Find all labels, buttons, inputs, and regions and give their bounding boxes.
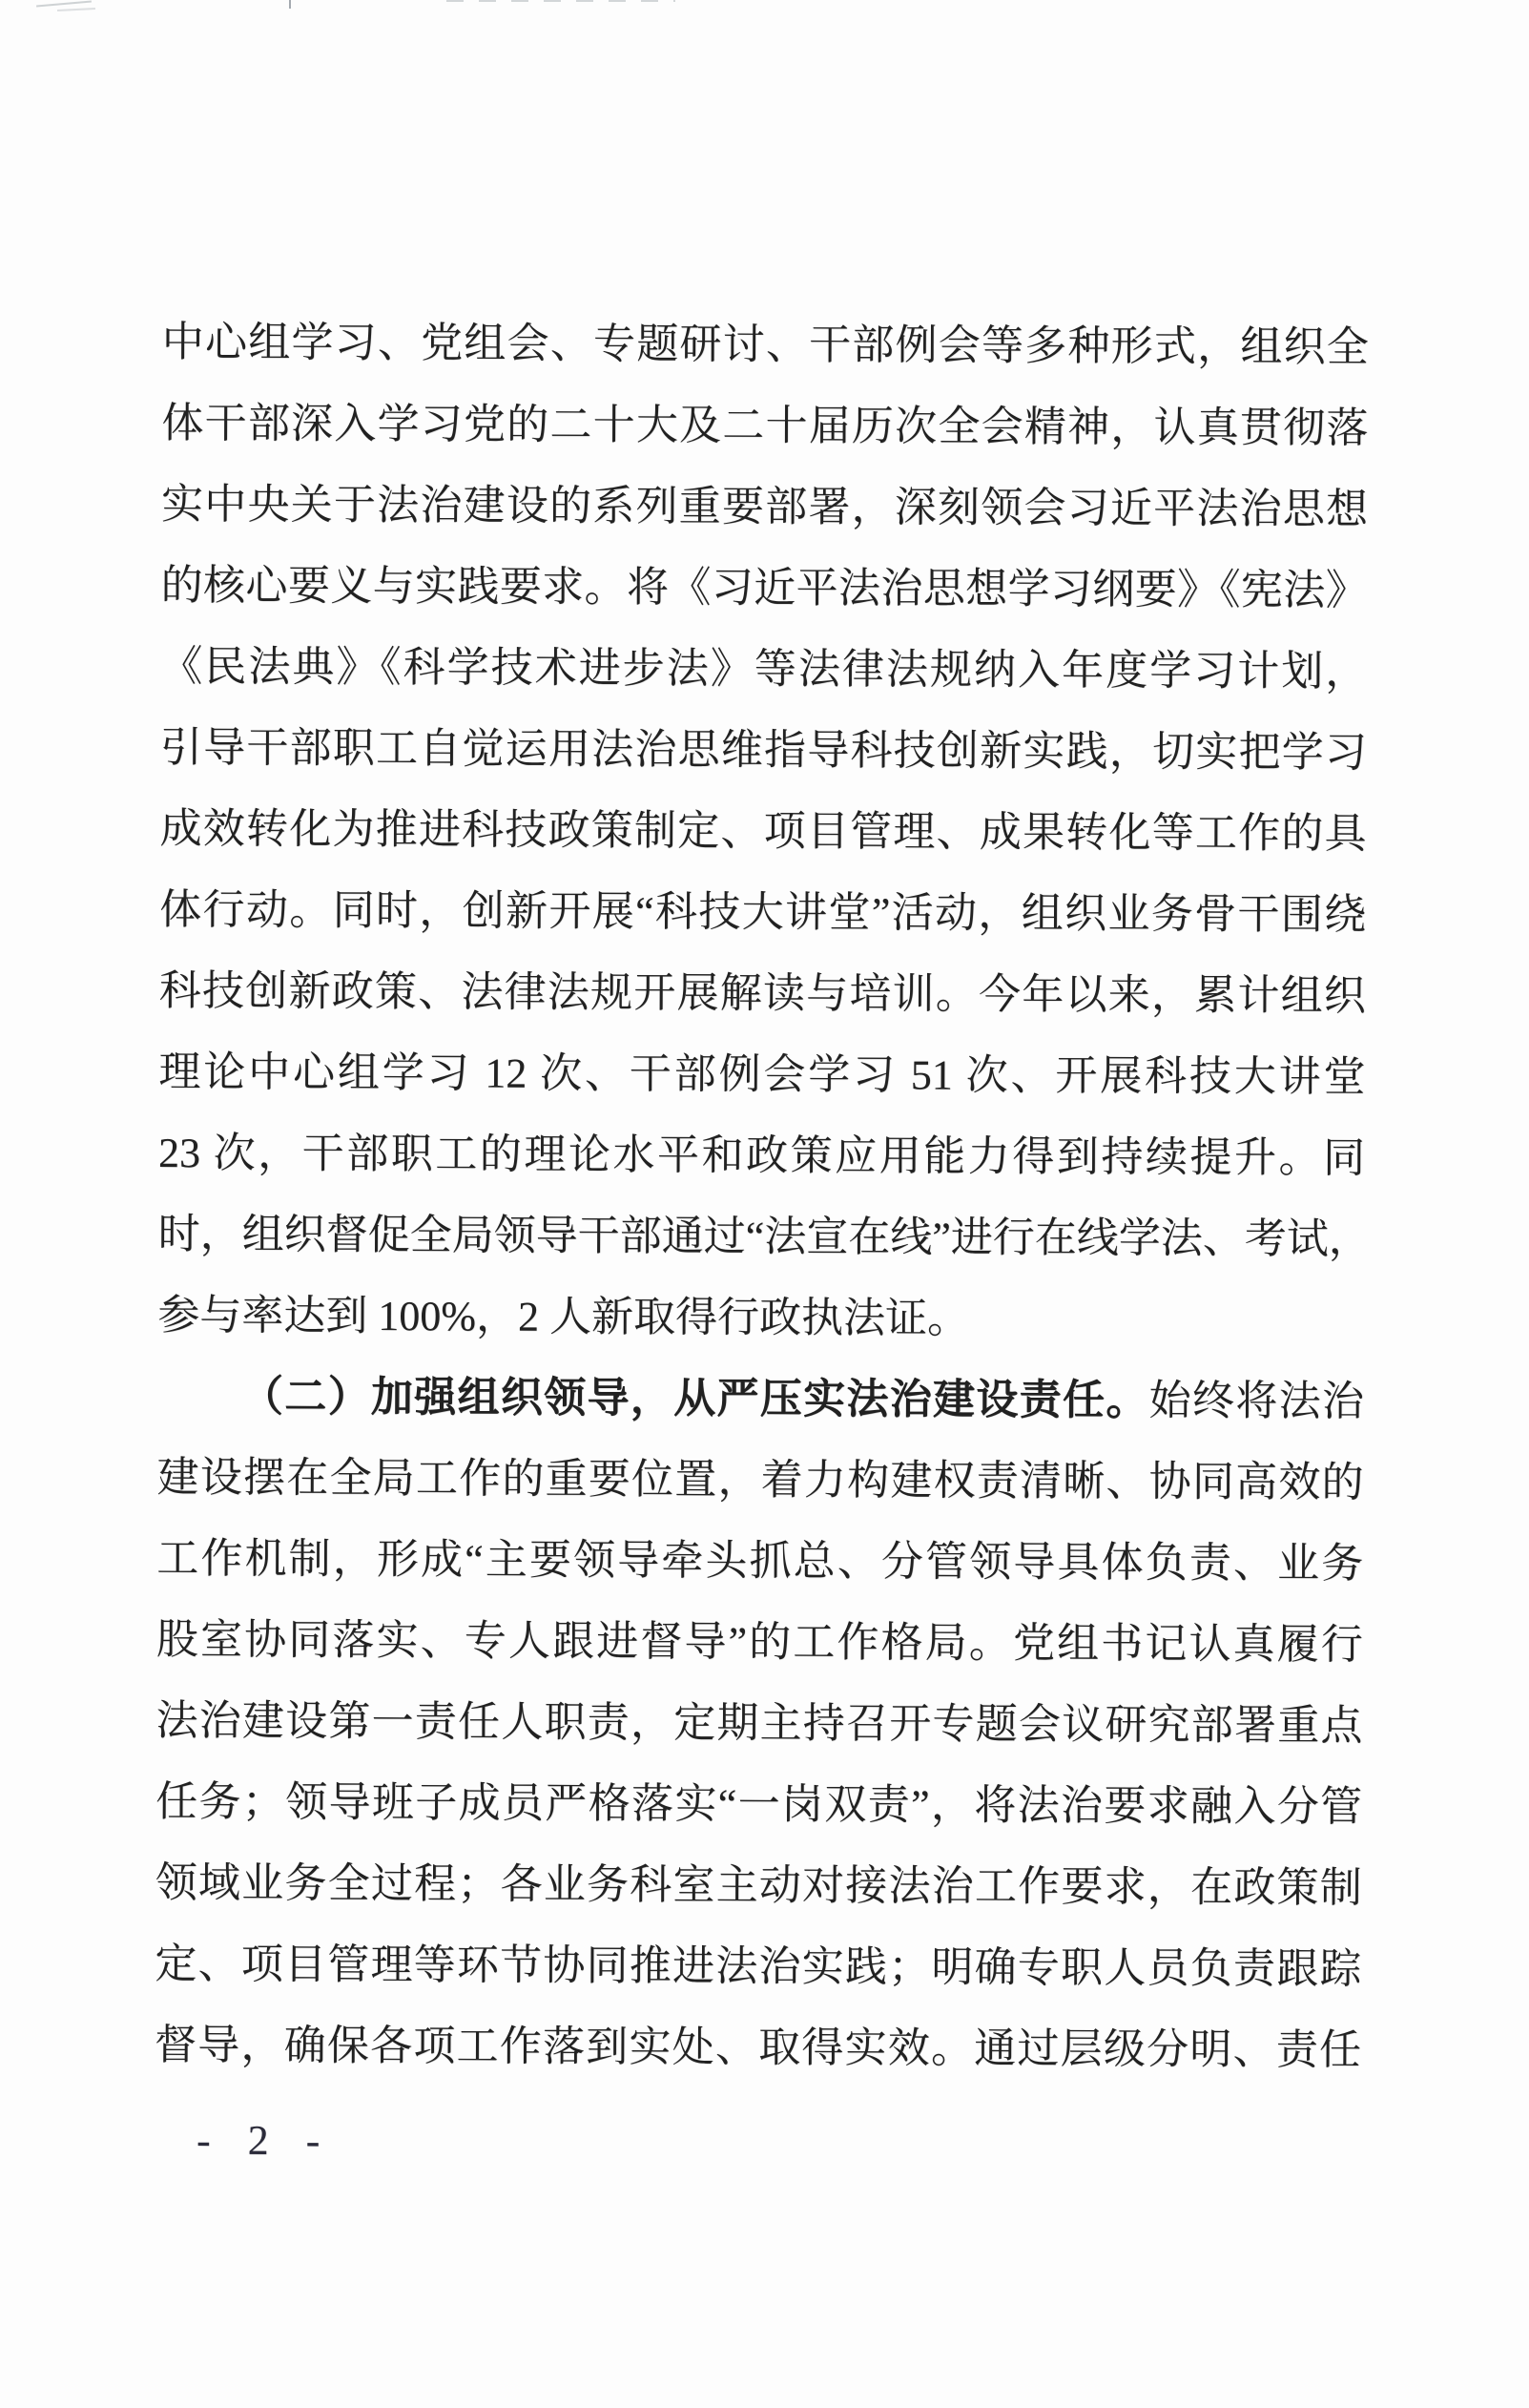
text-line: 成效转化为推进科技政策制定、项目管理、成果转化等工作的具 xyxy=(159,788,1366,875)
line-text: 理论中心组学习 12 次、干部例会学习 51 次、开展科技大讲堂 xyxy=(158,1048,1365,1101)
text-line: 《民法典》《科学技术进步法》等法律法规纳入年度学习计划， xyxy=(160,626,1367,713)
text-line: 科技创新政策、法律法规开展解读与培训。今年以来，累计组织 xyxy=(159,950,1366,1037)
scan-artifact xyxy=(289,0,291,9)
line-text: 法治建设第一责任人职责，定期主持召开专题会议研究部署重点 xyxy=(155,1697,1362,1750)
line-text: 体行动。同时，创新开展“科技大讲堂”活动，组织业务骨干围绕 xyxy=(159,886,1366,939)
line-text: 科技创新政策、法律法规开展解读与培训。今年以来，累计组织 xyxy=(159,967,1366,1020)
text-line: 建设摆在全局工作的重要位置，着力构建权责清晰、协同高效的 xyxy=(156,1437,1363,1524)
line-text: 23 次，干部职工的理论水平和政策应用能力得到持续提升。同 xyxy=(158,1130,1365,1182)
line-text: 参与率达到 100%，2 人新取得行政执法证。 xyxy=(157,1292,969,1342)
line-text: 建设摆在全局工作的重要位置，着力构建权责清晰、协同高效的 xyxy=(157,1454,1364,1506)
line-text: 工作机制，形成“主要领导牵头抓总、分管领导具体负责、业务 xyxy=(156,1535,1363,1588)
text-line: 时，组织督促全局领导干部通过“法宣在线”进行在线学法、考试， xyxy=(158,1194,1365,1280)
section-heading: （二）加强组织领导，从严压实法治建设责任。 xyxy=(241,1373,1149,1423)
line-text: 始终将法治 xyxy=(1149,1378,1364,1425)
text-line: 工作机制，形成“主要领导牵头抓总、分管领导具体负责、业务 xyxy=(156,1518,1363,1605)
line-text: 督导，确保各项工作落到实处、取得实效。通过层级分明、责任 xyxy=(155,2022,1361,2074)
scan-artifact xyxy=(36,0,92,7)
text-line: 任务；领导班子成员严格落实“一岗双责”，将法治要求融入分管 xyxy=(155,1761,1362,1848)
line-text: 定、项目管理等环节协同推进法治实践；明确专职人员负责跟踪 xyxy=(155,1941,1361,1993)
line-text: 的核心要义与实践要求。将《习近平法治思想学习纲要》《宪法》 xyxy=(161,562,1368,614)
text-line: 股室协同落实、专人跟进督导”的工作格局。党组书记认真履行 xyxy=(156,1599,1363,1686)
line-text: 时，组织督促全局领导干部通过“法宣在线”进行在线学法、考试， xyxy=(158,1211,1371,1263)
text-line: 理论中心组学习 12 次、干部例会学习 51 次、开展科技大讲堂 xyxy=(158,1031,1365,1118)
body-text: 中心组学习、党组会、专题研讨、干部例会等多种形式，组织全体干部深入学习党的二十大… xyxy=(155,301,1369,2091)
text-line: 领域业务全过程；各业务科室主动对接法治工作要求，在政策制 xyxy=(155,1842,1362,1929)
text-line: 23 次，干部职工的理论水平和政策应用能力得到持续提升。同 xyxy=(158,1112,1365,1199)
document-page: 中心组学习、党组会、专题研讨、干部例会等多种形式，组织全体干部深入学习党的二十大… xyxy=(0,0,1529,2408)
text-line: 中心组学习、党组会、专题研讨、干部例会等多种形式，组织全 xyxy=(162,301,1369,388)
line-text: 领域业务全过程；各业务科室主动对接法治工作要求，在政策制 xyxy=(155,1859,1362,1912)
line-text: 《民法典》《科学技术进步法》等法律法规纳入年度学习计划， xyxy=(160,643,1367,695)
text-line: 体行动。同时，创新开展“科技大讲堂”活动，组织业务骨干围绕 xyxy=(159,869,1366,956)
text-line: 督导，确保各项工作落到实处、取得实效。通过层级分明、责任 xyxy=(155,2004,1361,2091)
line-text: 任务；领导班子成员严格落实“一岗双责”，将法治要求融入分管 xyxy=(155,1778,1362,1831)
line-text: 中心组学习、党组会、专题研讨、干部例会等多种形式，组织全 xyxy=(162,319,1369,371)
text-line: 实中央关于法治建设的系列重要部署，深刻领会习近平法治思想 xyxy=(161,464,1368,550)
line-text: 体干部深入学习党的二十大及二十届历次全会精神，认真贯彻落 xyxy=(161,400,1368,452)
text-line: （二）加强组织领导，从严压实法治建设责任。始终将法治 xyxy=(157,1356,1364,1443)
line-text: 成效转化为推进科技政策制定、项目管理、成果转化等工作的具 xyxy=(159,805,1366,858)
text-line: 引导干部职工自觉运用法治思维指导科技创新实践，切实把学习 xyxy=(160,707,1367,794)
text-line: 参与率达到 100%，2 人新取得行政执法证。 xyxy=(157,1275,1364,1361)
line-text: 引导干部职工自觉运用法治思维指导科技创新实践，切实把学习 xyxy=(160,724,1367,777)
scan-artifact xyxy=(57,8,95,11)
scan-artifact xyxy=(446,0,675,2)
page-number: - 2 - xyxy=(196,2116,333,2166)
line-text: 实中央关于法治建设的系列重要部署，深刻领会习近平法治思想 xyxy=(161,481,1368,533)
text-line: 定、项目管理等环节协同推进法治实践；明确专职人员负责跟踪 xyxy=(155,1923,1361,2010)
line-text: 股室协同落实、专人跟进督导”的工作格局。党组书记认真履行 xyxy=(156,1616,1363,1669)
text-line: 体干部深入学习党的二十大及二十届历次全会精神，认真贯彻落 xyxy=(161,383,1368,469)
text-line: 的核心要义与实践要求。将《习近平法治思想学习纲要》《宪法》 xyxy=(161,545,1368,632)
text-line: 法治建设第一责任人职责，定期主持召开专题会议研究部署重点 xyxy=(155,1680,1362,1767)
